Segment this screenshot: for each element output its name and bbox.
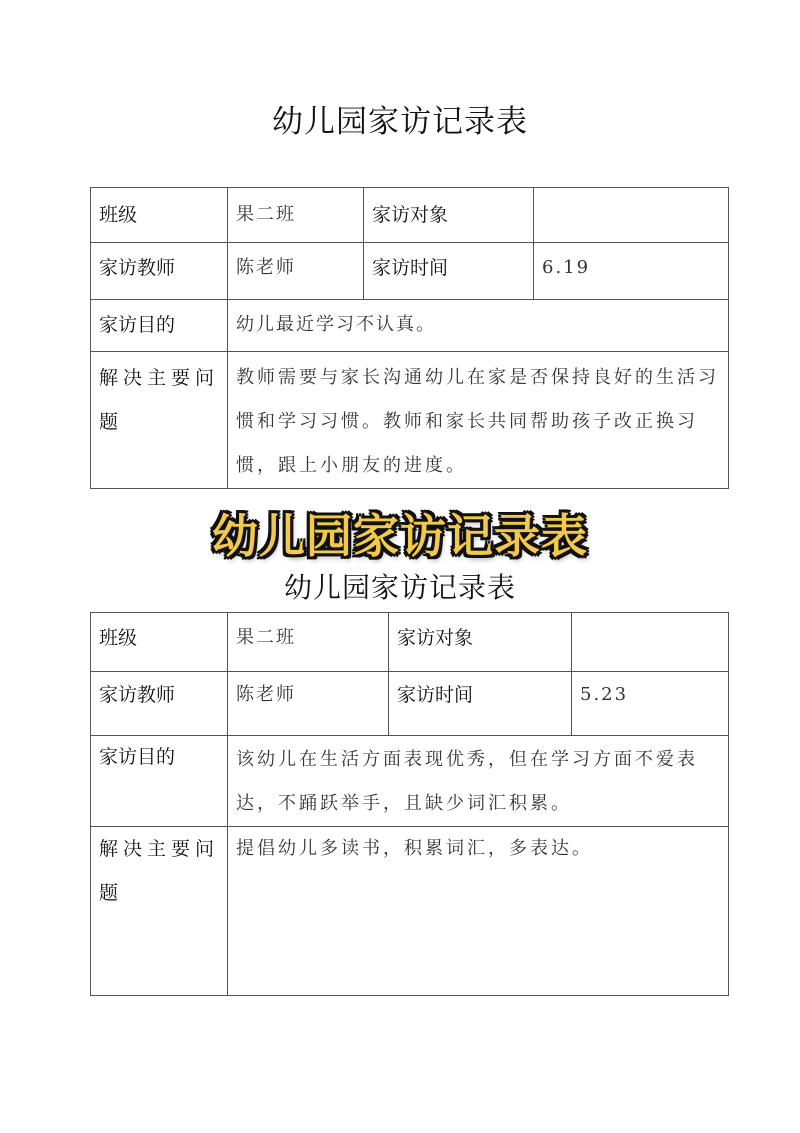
label-solution: 解决主要问题 <box>91 827 228 996</box>
value-purpose: 幼儿最近学习不认真。 <box>228 300 729 352</box>
label-class: 班级 <box>91 188 228 243</box>
label-visit-time: 家访时间 <box>389 672 572 736</box>
value-teacher: 陈老师 <box>228 672 389 736</box>
value-solution: 教师需要与家长沟通幼儿在家是否保持良好的生活习惯和学习习惯。教师和家长共同帮助孩… <box>228 352 729 489</box>
value-visit-time: 5.23 <box>572 672 729 736</box>
record1-table: 班级 果二班 家访对象 家访教师 陈老师 家访时间 6.19 家访目的 幼儿最近… <box>90 187 729 489</box>
label-visit-time: 家访时间 <box>364 243 534 300</box>
label-class: 班级 <box>91 613 228 672</box>
label-purpose: 家访目的 <box>91 300 228 352</box>
banner-title: 幼儿园家访记录表 <box>0 500 800 566</box>
value-teacher: 陈老师 <box>228 243 364 300</box>
value-class: 果二班 <box>228 188 364 243</box>
label-teacher: 家访教师 <box>91 672 228 736</box>
record2-table: 班级 果二班 家访对象 家访教师 陈老师 家访时间 5.23 家访目的 该幼儿在… <box>90 612 729 996</box>
record2-title: 幼儿园家访记录表 <box>0 566 800 606</box>
record1-title: 幼儿园家访记录表 <box>0 96 800 141</box>
label-teacher: 家访教师 <box>91 243 228 300</box>
value-visit-time: 6.19 <box>534 243 729 300</box>
value-purpose: 该幼儿在生活方面表现优秀，但在学习方面不爱表达，不踊跃举手，且缺少词汇积累。 <box>228 736 729 827</box>
label-solution: 解决主要问题 <box>91 352 228 489</box>
value-class: 果二班 <box>228 613 389 672</box>
label-visit-target: 家访对象 <box>389 613 572 672</box>
value-solution: 提倡幼儿多读书，积累词汇，多表达。 <box>228 827 729 996</box>
value-visit-target <box>534 188 729 243</box>
value-visit-target <box>572 613 729 672</box>
label-purpose: 家访目的 <box>91 736 228 827</box>
label-visit-target: 家访对象 <box>364 188 534 243</box>
